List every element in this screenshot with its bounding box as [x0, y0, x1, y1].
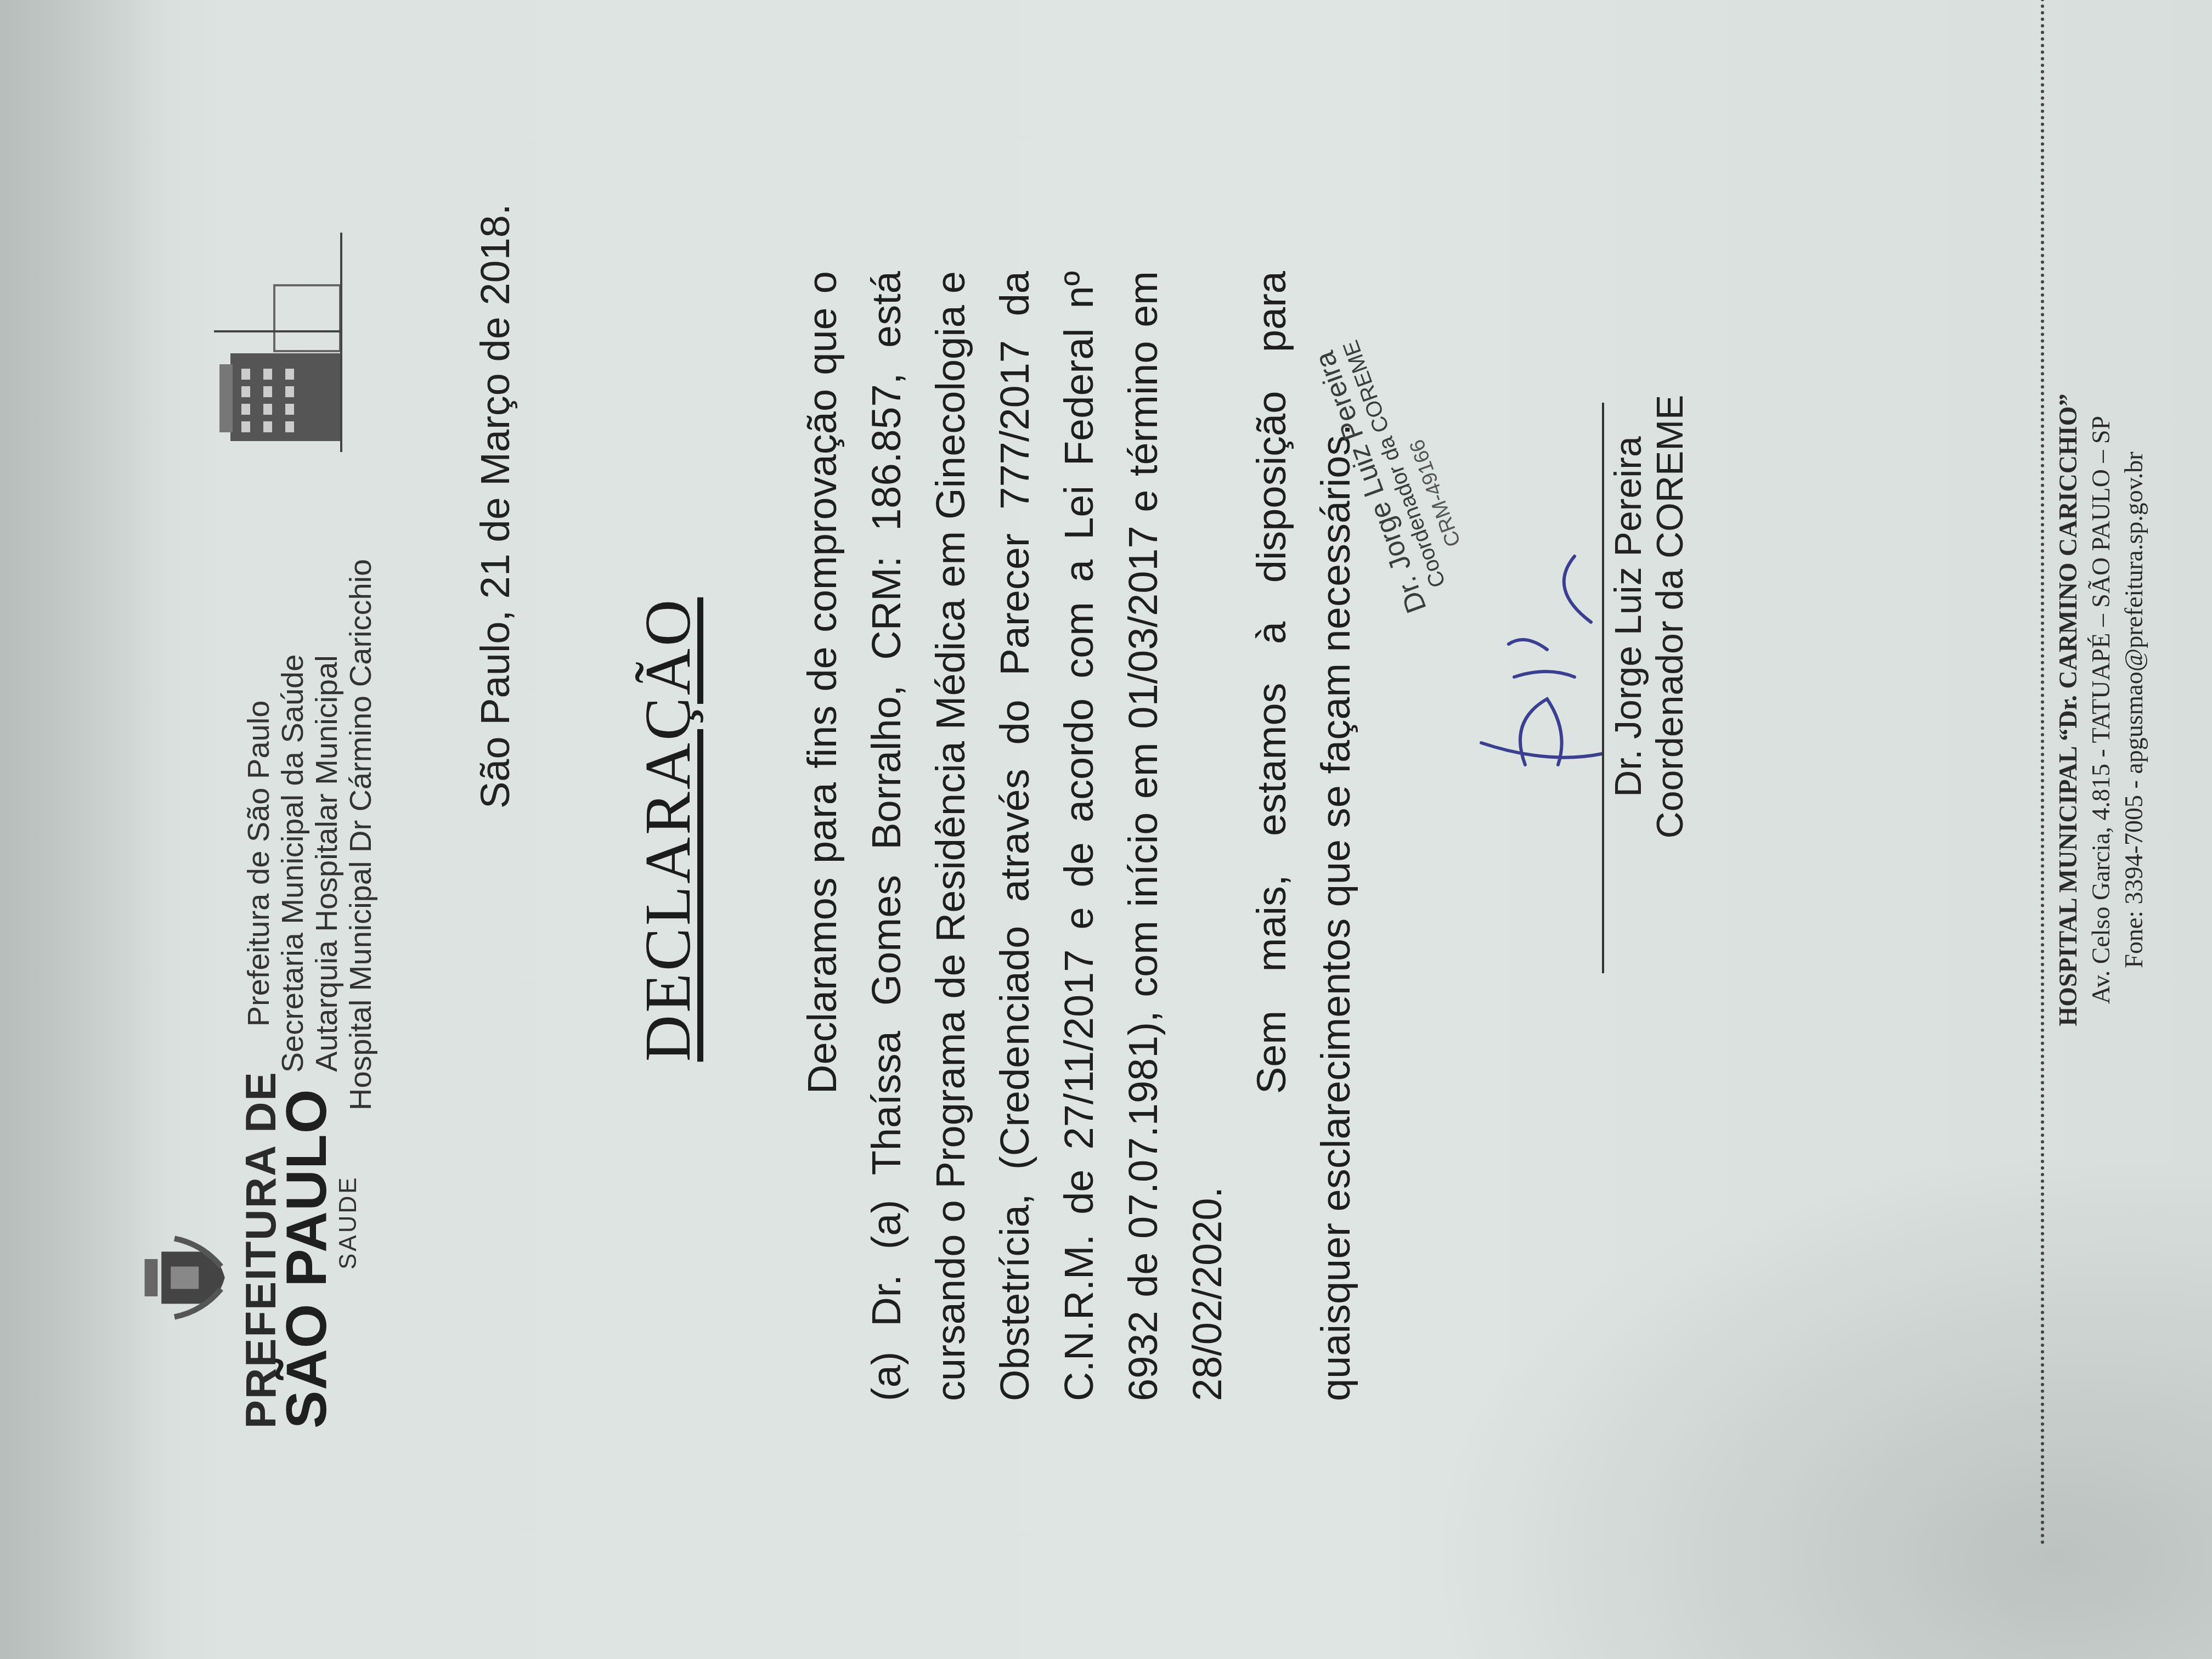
signatory-name: Dr. Jorge Luiz Pereira: [1607, 359, 1649, 874]
signatory-role: Coordenador da COREME: [1649, 359, 1691, 874]
date-line: São Paulo, 21 de Março de 2018.: [472, 204, 518, 809]
coat-of-arms-icon: [137, 1231, 230, 1324]
footer-hospital-name: HOSPITAL MUNICIPAL “Dr. CARMINO CARICCHI…: [2052, 326, 2085, 1094]
organization-header: Prefeitura de São Paulo Secretaria Munic…: [241, 617, 377, 1110]
declaration-body: Declaramos para fins de comprovação que …: [790, 271, 1368, 1401]
brand-line-3: SAUDE: [335, 1175, 362, 1269]
org-line: Autarquia Hospitalar Municipal: [309, 617, 343, 1110]
signature-line: [1602, 403, 1604, 973]
prefeitura-logo: PREFEITURA DE SÃO PAULO SAUDE: [137, 1099, 357, 1429]
document-page: PREFEITURA DE SÃO PAULO SAUDE Prefeitura…: [0, 0, 2212, 1659]
org-line: Hospital Municipal Dr Cármino Caricchio: [343, 617, 377, 1110]
footer-divider: [2041, 0, 2044, 1544]
body-paragraph-1: Declaramos para fins de comprovação que …: [790, 271, 1239, 1401]
document-title: DECLARAÇÃO: [631, 0, 706, 1659]
footer-address: HOSPITAL MUNICIPAL “Dr. CARMINO CARICCHI…: [2052, 326, 2151, 1094]
hospital-building-icon: [208, 233, 346, 452]
brand-line-2: SÃO PAULO: [274, 1088, 340, 1429]
footer-contact-line: Fone: 3394-7005 - apgusmao@prefeitura.sp…: [2118, 326, 2151, 1094]
signatory-block: Dr. Jorge Luiz Pereira Coordenador da CO…: [1607, 359, 1691, 853]
footer-address-line: Av. Celso Garcia, 4.815 - TATUAPÉ – SÃO …: [2085, 326, 2118, 1094]
org-line: Prefeitura de São Paulo: [241, 617, 275, 1110]
org-line: Secretaria Municipal da Saúde: [275, 617, 309, 1110]
